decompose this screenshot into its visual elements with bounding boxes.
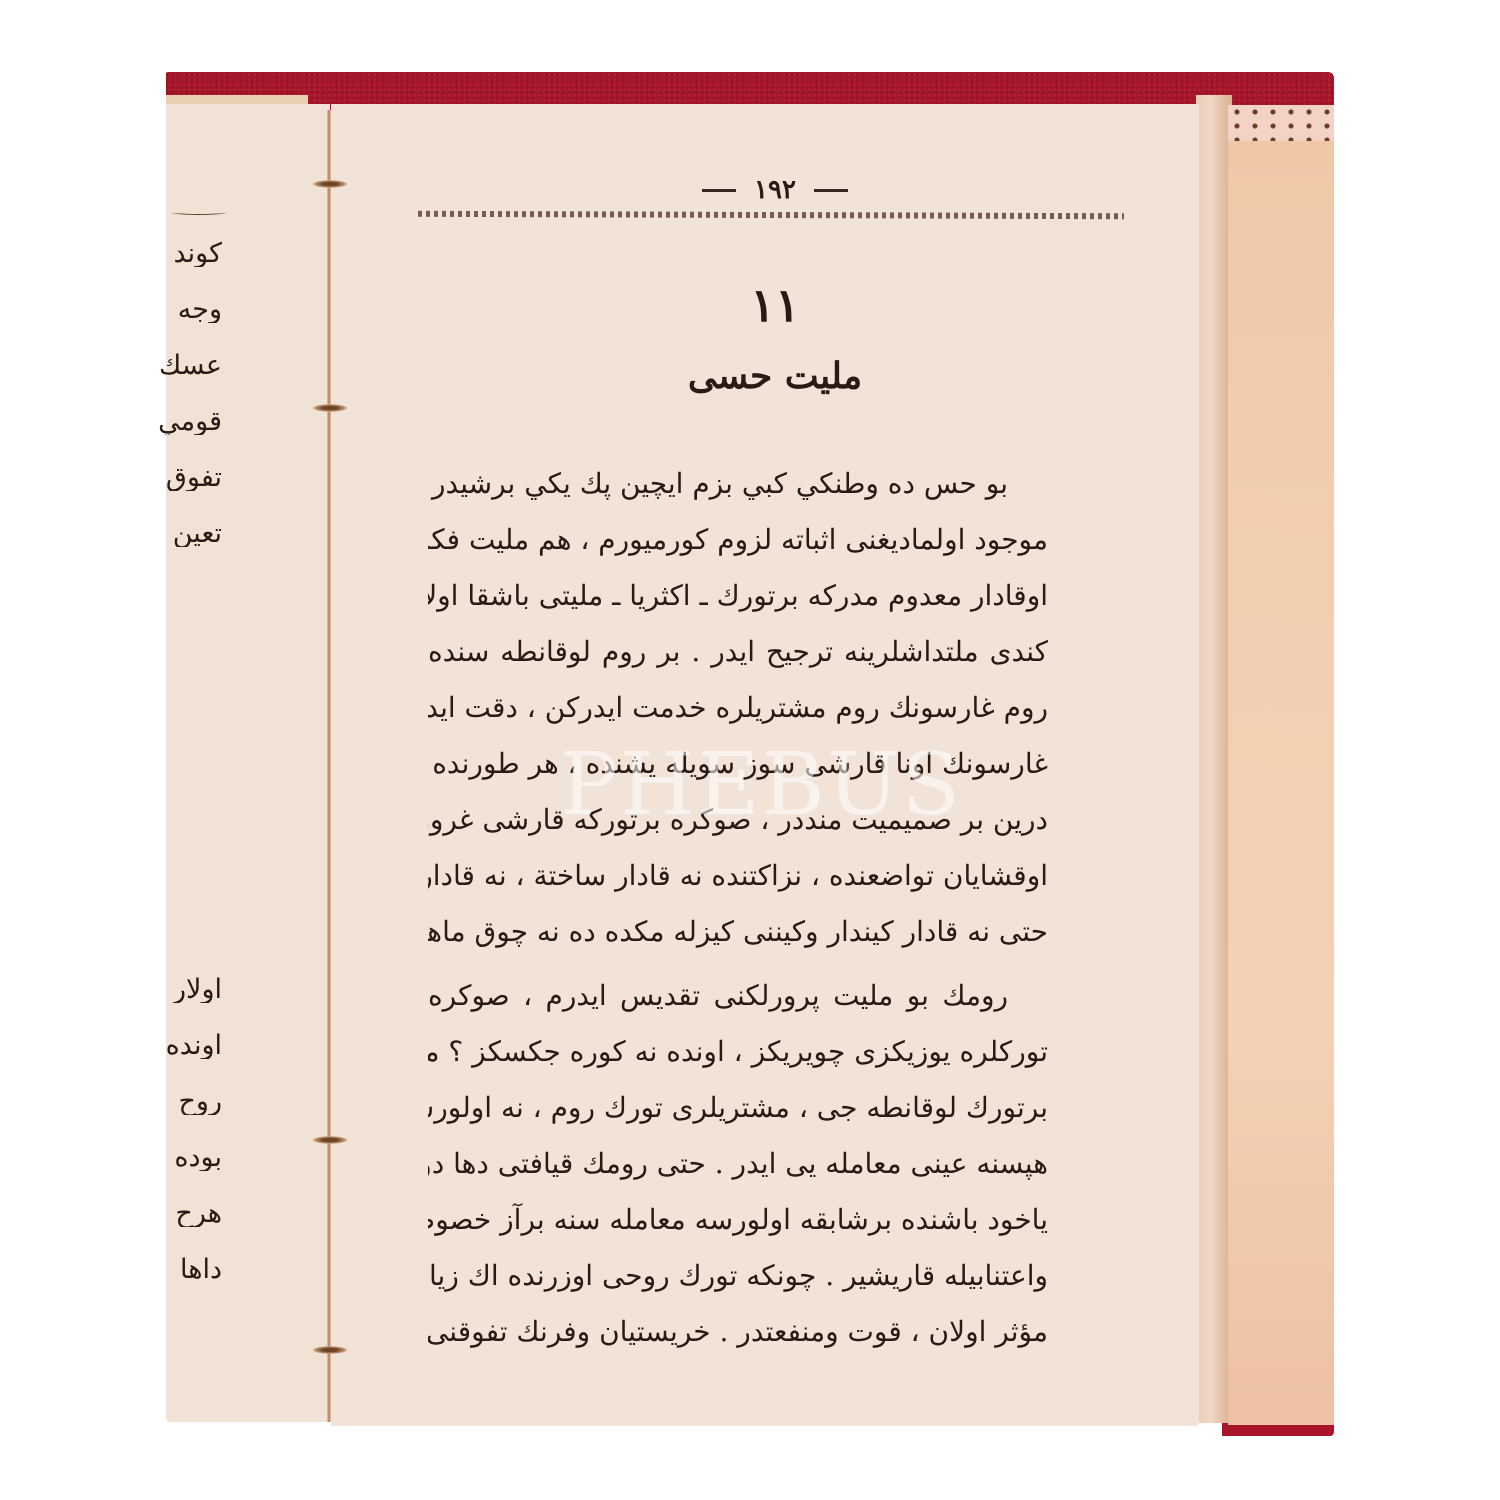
page-number: ١٩٢ [754,175,796,205]
text-line: هپسنه عينى معامله يى ايدر . حتى رومك قيا… [428,1136,1048,1192]
text-line: كندى ملتداشلرينه ترجيح ايدر . بر روم لوق… [428,624,1048,680]
chapter-title: مليت حسى [620,355,930,397]
left-line: كوند [174,240,223,267]
left-page-header-rule [172,210,226,215]
text-line: اوقادار معدوم مدركه برتورك ـ اكثريا ـ مل… [428,568,1048,624]
text-line: حتى نه قادار كيندار وكيننى كيزله مكده ده… [428,904,1048,960]
text-line: برتورك لوقانطه جى ، مشتريلرى تورك روم ، … [428,1080,1048,1136]
left-line: اونده [166,1032,222,1059]
binding-stitch [312,1346,348,1354]
paragraph: بو حس ده وطنكي كبي بزم ايچين پك يكي برشي… [428,456,1048,960]
left-line: بوده [174,1144,222,1171]
left-line: روح [178,1088,222,1115]
text-line: موجود اولماديغنى اثباته لزوم كورميورم ، … [428,512,1048,568]
text-line: بو حس ده وطنكي كبي بزم ايچين پك يكي برشي… [428,456,1048,512]
book-gutter [327,110,331,1422]
text-line: غارسونك اونا قارشى سوز سويله يشنده ، هر … [428,736,1048,792]
left-line: تفوق [166,464,222,491]
text-line: اوقشايان تواضعنده ، نزاكتنده نه قادار سا… [428,848,1048,904]
text-line: واعتنابيله قاريشير . چونكه تورك روحى اوز… [428,1248,1048,1304]
header-dash [814,189,848,192]
chapter-body: بو حس ده وطنكي كبي بزم ايچين پك يكي برشي… [428,456,1048,1360]
text-line: روم غارسونك روم مشتريلره خدمت ايدركن ، د… [428,680,1048,736]
left-line: قومي [158,408,222,435]
text-line: مؤثر اولان ، قوت ومنفعتدر . خريستيان وفر… [428,1304,1048,1360]
left-line: عسك [159,352,222,379]
left-line: تعين [173,520,222,547]
left-line: وجه [178,296,222,323]
endpaper [1228,135,1334,1425]
text-line: درين بر صميميت منددر ، صوكره برتوركه قار… [428,792,1048,848]
text-line: رومك بو مليت پرورلكنى تقديس ايدرم ، صوكر… [428,968,1048,1024]
page-block-edge [1196,95,1232,1423]
binding-stitch [312,1136,348,1144]
left-line: داها [180,1256,222,1283]
text-line: ياخود باشنده برشابقه اولورسه معامله سنه … [428,1192,1048,1248]
left-line: اولار [173,976,222,1003]
binding-stitch [312,180,348,188]
chapter-number: ١١ [680,278,870,332]
left-line: هرح [175,1200,222,1227]
binding-stitch [312,404,348,412]
header-dash [702,189,736,192]
paragraph: رومك بو مليت پرورلكنى تقديس ايدرم ، صوكر… [428,968,1048,1360]
text-line: توركلره يوزيكزى چويريكز ، اونده نه كوره … [428,1024,1048,1080]
decorative-endpaper-pattern [1228,105,1334,141]
page-header: ١٩٢ [680,175,870,205]
